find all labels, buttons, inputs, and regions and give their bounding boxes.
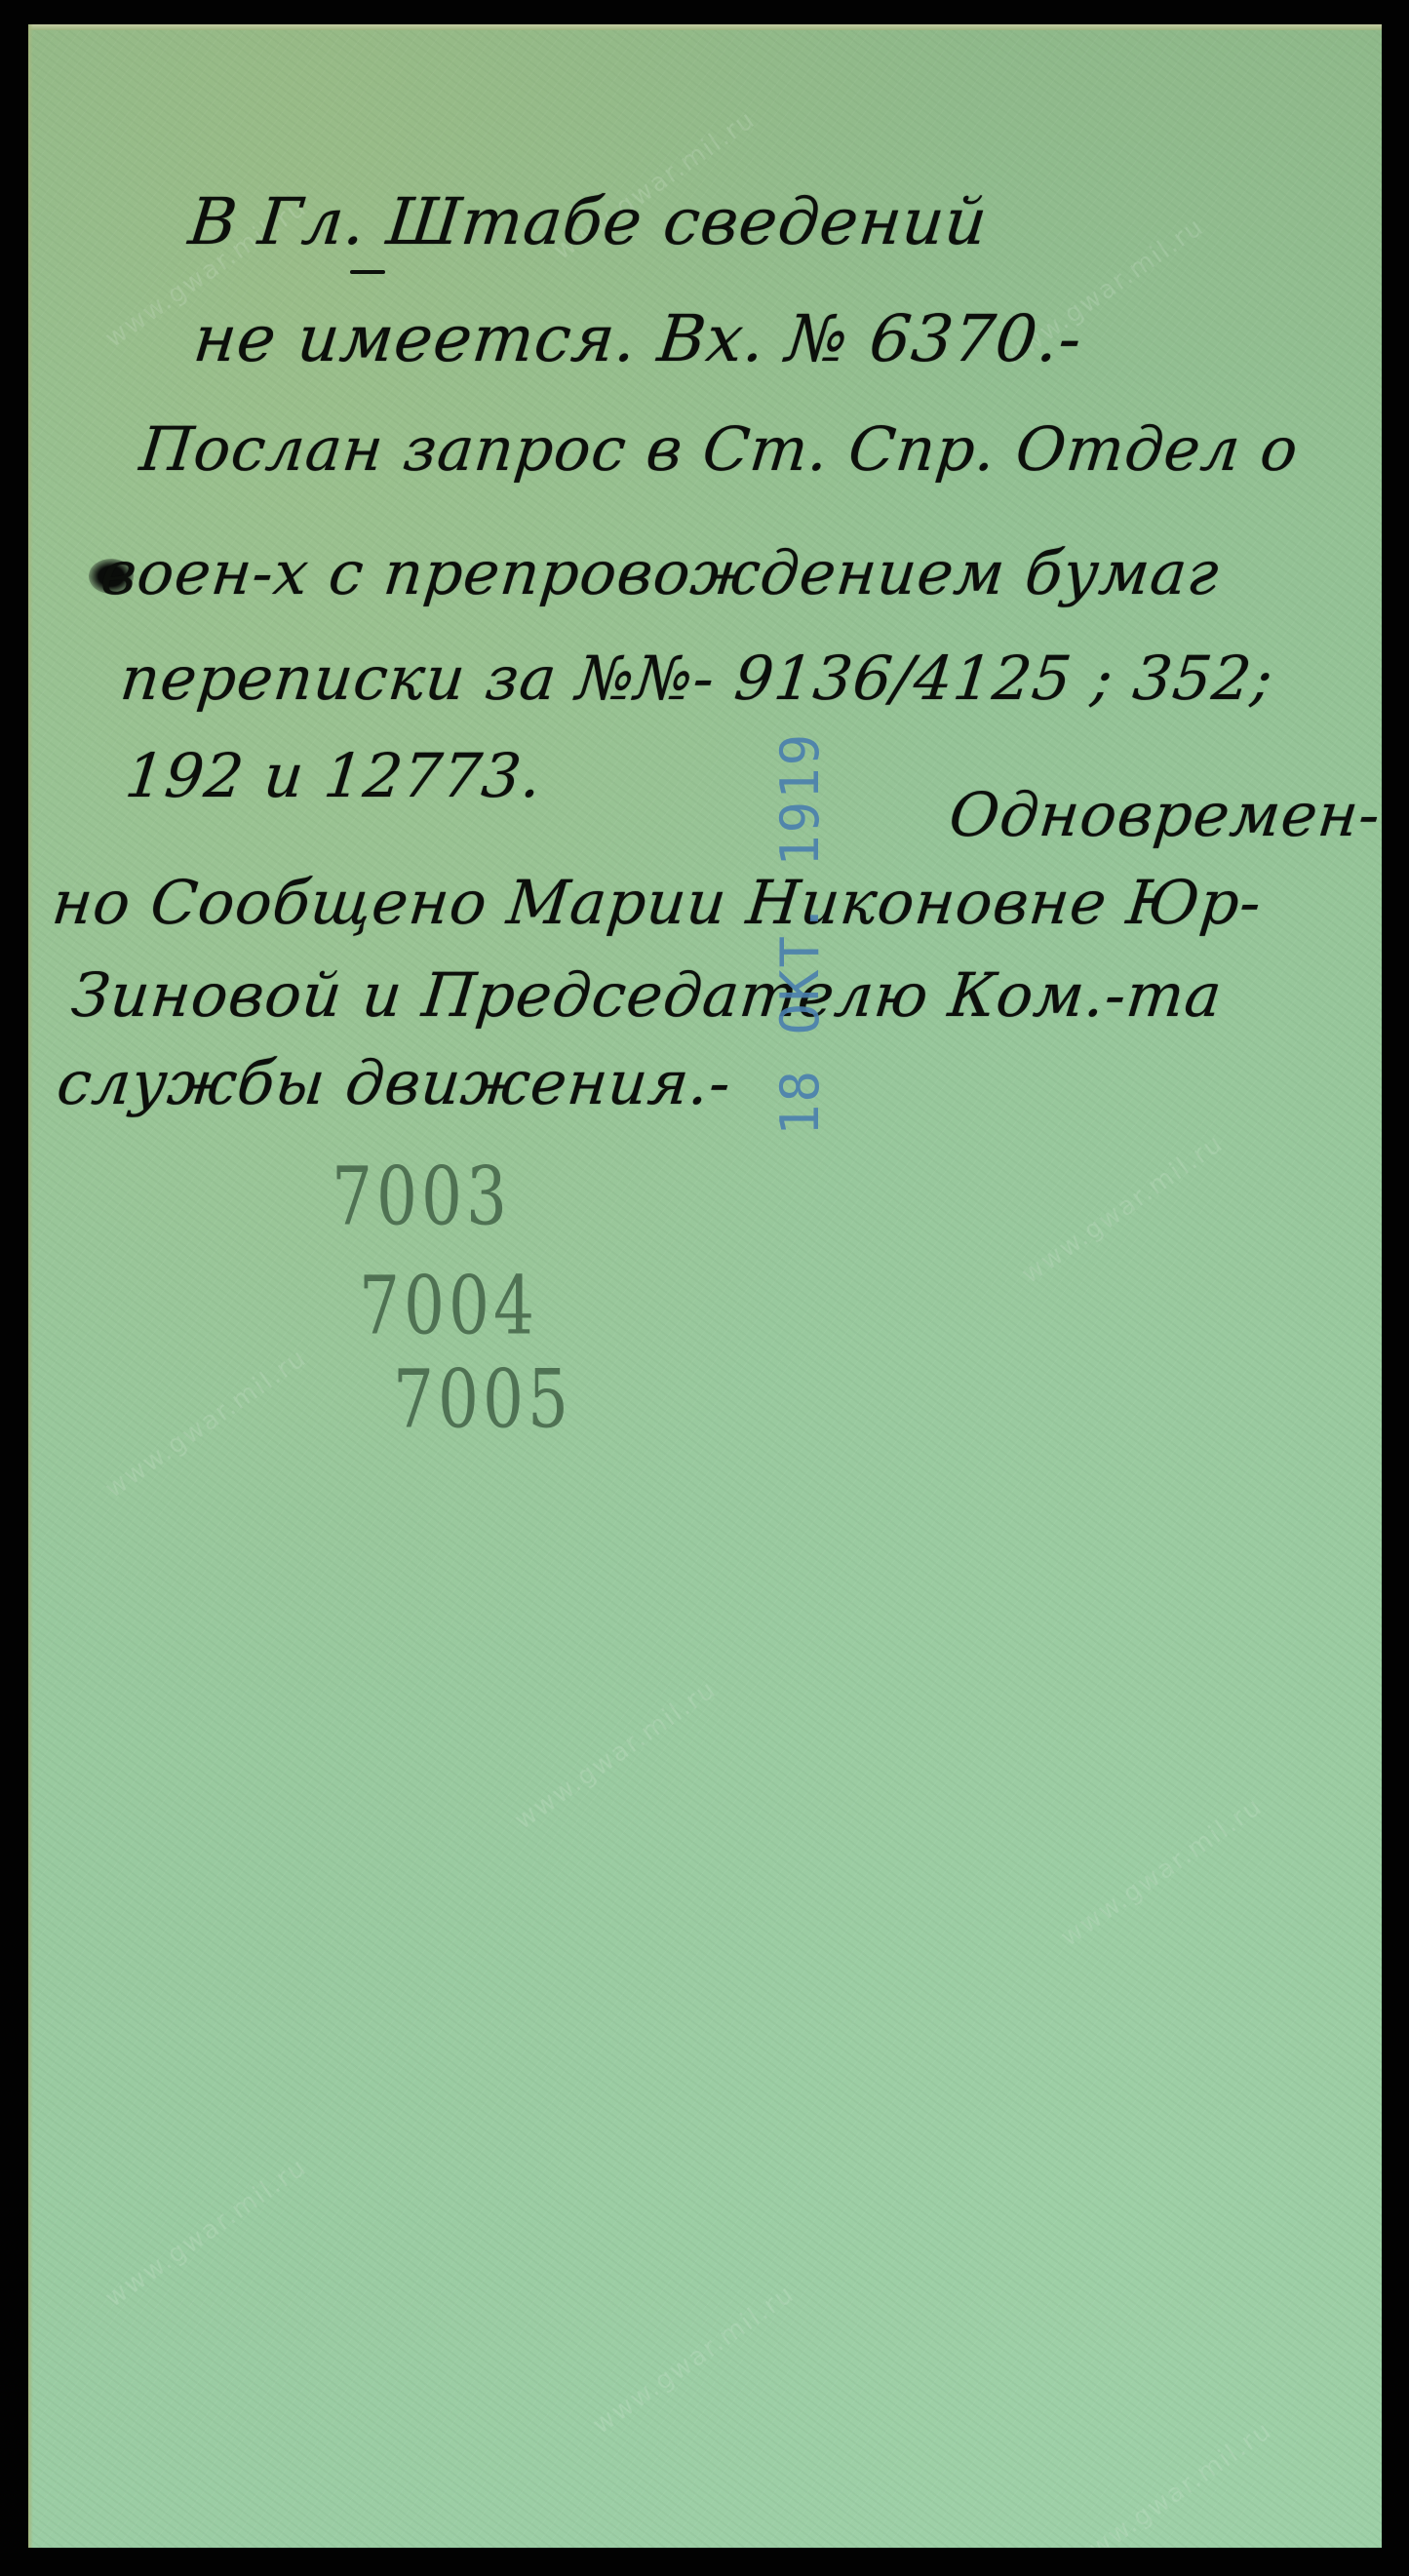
date-received-stamp: 18 ОКТ. 1919 [769,732,831,1136]
watermark-text: www.gwar.mil.ru [100,1343,313,1503]
paper-left-edge [28,24,33,2548]
underline-mark [350,270,385,274]
paper-top-edge [28,24,1382,30]
handwritten-line-3: Послан запрос в Ст. Спр. Отдел о [137,419,1302,480]
handwritten-line-1: В Гл. Штабе сведений [186,190,991,254]
handwritten-line-6: 192 и 12773. [123,746,545,806]
watermark-text: www.gwar.mil.ru [1056,1791,1269,1952]
handwritten-line-9: Зиновой и Председателю Ком.-та [69,965,1226,1026]
watermark-text: www.gwar.mil.ru [1017,1128,1230,1289]
watermark-layer: www.gwar.mil.ru www.gwar.mil.ru www.gwar… [28,24,1382,2548]
watermark-text: www.gwar.mil.ru [588,2279,801,2439]
paper-sheet: www.gwar.mil.ru www.gwar.mil.ru www.gwar… [28,24,1382,2548]
handwritten-line-8: но Сообщено Марии Никоновне Юр- [50,873,1265,933]
register-number-stamp: 7005 [393,1360,572,1441]
register-number-stamp: 7003 [332,1157,511,1238]
scanned-document: www.gwar.mil.ru www.gwar.mil.ru www.gwar… [0,0,1409,2576]
handwritten-line-4: воен-х с препровождением бумаг [98,543,1223,604]
watermark-text: www.gwar.mil.ru [100,2152,313,2313]
watermark-text: www.gwar.mil.ru [1066,2415,1278,2548]
handwritten-line-7: Одновремен- [947,785,1382,845]
watermark-text: www.gwar.mil.ru [510,1674,723,1835]
handwritten-line-5: переписки за №№- 9136/4125 ; 352; [118,648,1276,709]
handwritten-line-10: службы движения.- [55,1053,734,1113]
handwritten-line-2: не имеется. Вх. № 6370.- [191,307,1085,371]
register-number-stamp: 7004 [359,1267,538,1347]
